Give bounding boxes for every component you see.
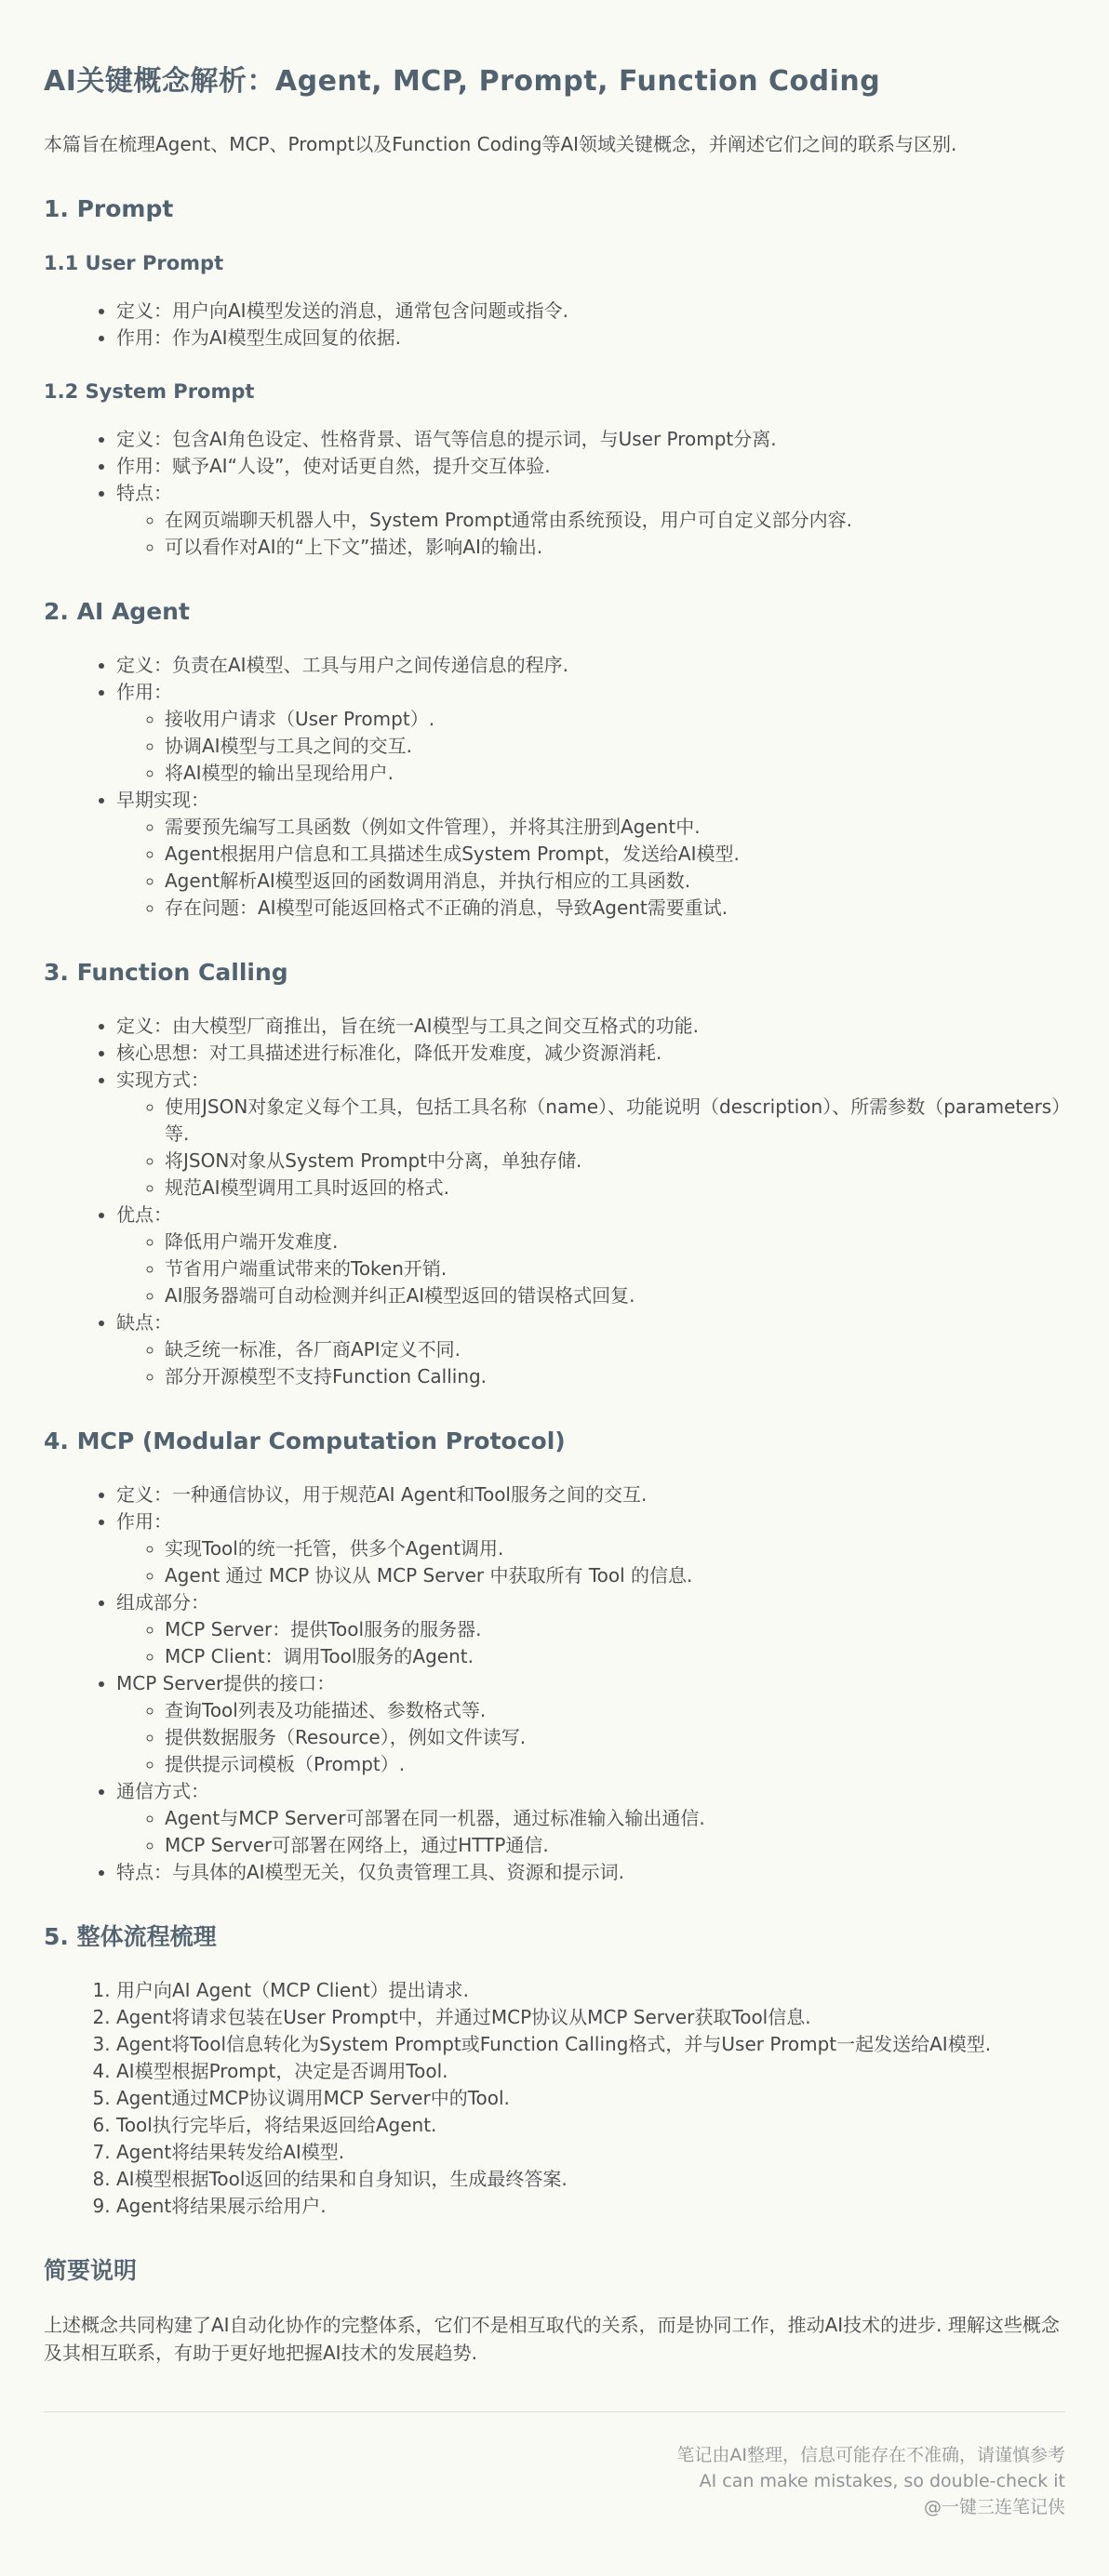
- nested-list: 实现Tool的统一托管，供多个Agent调用.Agent 通过 MCP 协议从 …: [116, 1535, 1065, 1589]
- list-item-text: Agent将结果转发给AI模型.: [116, 2141, 344, 2163]
- nested-list-item: 将JSON对象从System Prompt中分离，单独存储.: [165, 1148, 1065, 1175]
- nested-list-item: 使用JSON对象定义每个工具，包括工具名称（name）、功能说明（descrip…: [165, 1094, 1065, 1148]
- list-item-text: AI模型根据Tool返回的结果和自身知识，生成最终答案.: [116, 2168, 568, 2190]
- section-heading: 2. AI Agent: [44, 598, 1065, 626]
- list-item-text: Agent将请求包装在User Prompt中，并通过MCP协议从MCP Ser…: [116, 2006, 811, 2028]
- nested-list: 降低用户端开发难度.节省用户端重试带来的Token开销.AI服务器端可自动检测并…: [116, 1228, 1065, 1309]
- footer-line: 笔记由AI整理，信息可能存在不准确，请谨慎参考: [44, 2442, 1065, 2468]
- nested-list-item: 需要预先编写工具函数（例如文件管理），并将其注册到Agent中.: [165, 814, 1065, 841]
- list-item: 特点：与具体的AI模型无关，仅负责管理工具、资源和提示词.: [116, 1859, 1065, 1886]
- nested-list: 缺乏统一标准，各厂商API定义不同.部分开源模型不支持Function Call…: [116, 1336, 1065, 1390]
- bullet-list: 定义：负责在AI模型、工具与用户之间传递信息的程序.作用：接收用户请求（User…: [44, 652, 1065, 922]
- list-item-text: 特点：与具体的AI模型无关，仅负责管理工具、资源和提示词.: [116, 1861, 624, 1883]
- list-item: 组成部分：MCP Server：提供Tool服务的服务器.MCP Client：…: [116, 1589, 1065, 1670]
- nested-list-item: 查询Tool列表及功能描述、参数格式等.: [165, 1697, 1065, 1724]
- nested-list: MCP Server：提供Tool服务的服务器.MCP Client：调用Too…: [116, 1616, 1065, 1670]
- list-item: Tool执行完毕后，将结果返回给Agent.: [116, 2112, 1065, 2139]
- summary-paragraph: 上述概念共同构建了AI自动化协作的完整体系，它们不是相互取代的关系，而是协同工作…: [44, 2311, 1065, 2367]
- section-heading: 1. Prompt: [44, 195, 1065, 223]
- nested-list-item: 协调AI模型与工具之间的交互.: [165, 733, 1065, 760]
- list-item: 定义：包含AI角色设定、性格背景、语气等信息的提示词，与User Prompt分…: [116, 426, 1065, 453]
- list-item-text: 作用：: [116, 681, 172, 703]
- list-item: AI模型根据Prompt，决定是否调用Tool.: [116, 2058, 1065, 2085]
- note-page: AI关键概念解析：Agent, MCP, Prompt, Function Co…: [0, 0, 1109, 2576]
- list-item: AI模型根据Tool返回的结果和自身知识，生成最终答案.: [116, 2166, 1065, 2193]
- list-item: Agent将Tool信息转化为System Prompt或Function Ca…: [116, 2031, 1065, 2058]
- list-item-text: 通信方式：: [116, 1780, 209, 1802]
- list-item: 优点：降低用户端开发难度.节省用户端重试带来的Token开销.AI服务器端可自动…: [116, 1202, 1065, 1309]
- list-item-text: 作用：: [116, 1510, 172, 1533]
- nested-list-item: 可以看作对AI的“上下文”描述，影响AI的输出.: [165, 534, 1065, 561]
- nested-list-item: MCP Client：调用Tool服务的Agent.: [165, 1643, 1065, 1670]
- bullet-list: 定义：包含AI角色设定、性格背景、语气等信息的提示词，与User Prompt分…: [44, 426, 1065, 561]
- list-item-text: 定义：负责在AI模型、工具与用户之间传递信息的程序.: [116, 654, 568, 676]
- nested-list-item: 节省用户端重试带来的Token开销.: [165, 1255, 1065, 1282]
- list-item: 作用：接收用户请求（User Prompt）.协调AI模型与工具之间的交互.将A…: [116, 679, 1065, 787]
- list-item-text: 作用：赋予AI“人设”，使对话更自然，提升交互体验.: [116, 455, 551, 477]
- list-item-text: 组成部分：: [116, 1591, 209, 1613]
- list-item-text: 作用：作为AI模型生成回复的依据.: [116, 326, 401, 349]
- list-item: 缺点：缺乏统一标准，各厂商API定义不同.部分开源模型不支持Function C…: [116, 1309, 1065, 1390]
- list-item-text: 定义：用户向AI模型发送的消息，通常包含问题或指令.: [116, 299, 568, 322]
- nested-list: 需要预先编写工具函数（例如文件管理），并将其注册到Agent中.Agent根据用…: [116, 814, 1065, 922]
- nested-list-item: 接收用户请求（User Prompt）.: [165, 706, 1065, 733]
- list-item-text: 特点：: [116, 482, 172, 504]
- list-item-text: 优点：: [116, 1203, 172, 1226]
- nested-list-item: 实现Tool的统一托管，供多个Agent调用.: [165, 1535, 1065, 1562]
- section-heading: 1.1 User Prompt: [44, 251, 1065, 275]
- divider: [44, 2411, 1065, 2412]
- nested-list-item: 提供提示词模板（Prompt）.: [165, 1751, 1065, 1778]
- nested-list: 查询Tool列表及功能描述、参数格式等.提供数据服务（Resource），例如文…: [116, 1697, 1065, 1778]
- list-item: 作用：作为AI模型生成回复的依据.: [116, 325, 1065, 352]
- list-item: 定义：负责在AI模型、工具与用户之间传递信息的程序.: [116, 652, 1065, 679]
- intro-paragraph: 本篇旨在梳理Agent、MCP、Prompt以及Function Coding等…: [44, 130, 1065, 158]
- document-body: 1. Prompt1.1 User Prompt定义：用户向AI模型发送的消息，…: [44, 195, 1065, 2367]
- list-item-text: 缺点：: [116, 1311, 172, 1334]
- list-item: Agent将结果展示给用户.: [116, 2193, 1065, 2220]
- nested-list-item: 将AI模型的输出呈现给用户.: [165, 760, 1065, 787]
- nested-list-item: AI服务器端可自动检测并纠正AI模型返回的错误格式回复.: [165, 1282, 1065, 1309]
- list-item-text: Tool执行完毕后，将结果返回给Agent.: [116, 2114, 436, 2136]
- nested-list-item: 在网页端聊天机器人中，System Prompt通常由系统预设，用户可自定义部分…: [165, 507, 1065, 534]
- footer: 笔记由AI整理，信息可能存在不准确，请谨慎参考AI can make mista…: [44, 2442, 1065, 2520]
- numbered-list: 用户向AI Agent（MCP Client）提出请求.Agent将请求包装在U…: [44, 1977, 1065, 2220]
- list-item-text: 定义：由大模型厂商推出，旨在统一AI模型与工具之间交互格式的功能.: [116, 1015, 699, 1037]
- list-item-text: AI模型根据Prompt，决定是否调用Tool.: [116, 2060, 448, 2082]
- list-item: 定义：由大模型厂商推出，旨在统一AI模型与工具之间交互格式的功能.: [116, 1013, 1065, 1040]
- list-item: 早期实现：需要预先编写工具函数（例如文件管理），并将其注册到Agent中.Age…: [116, 787, 1065, 922]
- page-title: AI关键概念解析：Agent, MCP, Prompt, Function Co…: [44, 65, 1065, 99]
- nested-list-item: MCP Server：提供Tool服务的服务器.: [165, 1616, 1065, 1643]
- section-heading: 4. MCP (Modular Computation Protocol): [44, 1427, 1065, 1455]
- list-item-text: 用户向AI Agent（MCP Client）提出请求.: [116, 1979, 469, 2001]
- list-item-text: Agent通过MCP协议调用MCP Server中的Tool.: [116, 2087, 510, 2109]
- list-item: 通信方式：Agent与MCP Server可部署在同一机器，通过标准输入输出通信…: [116, 1778, 1065, 1859]
- nested-list: 接收用户请求（User Prompt）.协调AI模型与工具之间的交互.将AI模型…: [116, 706, 1065, 787]
- nested-list: Agent与MCP Server可部署在同一机器，通过标准输入输出通信.MCP …: [116, 1805, 1065, 1859]
- list-item: Agent将请求包装在User Prompt中，并通过MCP协议从MCP Ser…: [116, 2004, 1065, 2031]
- section-heading: 3. Function Calling: [44, 959, 1065, 987]
- list-item: 作用：赋予AI“人设”，使对话更自然，提升交互体验.: [116, 453, 1065, 480]
- section-heading: 简要说明: [44, 2257, 1065, 2285]
- list-item: 核心思想：对工具描述进行标准化，降低开发难度，减少资源消耗.: [116, 1040, 1065, 1067]
- bullet-list: 定义：由大模型厂商推出，旨在统一AI模型与工具之间交互格式的功能.核心思想：对工…: [44, 1013, 1065, 1390]
- footer-line: @一键三连笔记侠: [44, 2494, 1065, 2520]
- nested-list-item: Agent解析AI模型返回的函数调用消息，并执行相应的工具函数.: [165, 868, 1065, 895]
- nested-list: 在网页端聊天机器人中，System Prompt通常由系统预设，用户可自定义部分…: [116, 507, 1065, 561]
- section-heading: 5. 整体流程梳理: [44, 1923, 1065, 1951]
- bullet-list: 定义：一种通信协议，用于规范AI Agent和Tool服务之间的交互.作用：实现…: [44, 1481, 1065, 1886]
- list-item: Agent将结果转发给AI模型.: [116, 2139, 1065, 2166]
- nested-list-item: Agent根据用户信息和工具描述生成System Prompt，发送给AI模型.: [165, 841, 1065, 868]
- list-item-text: 核心思想：对工具描述进行标准化，降低开发难度，减少资源消耗.: [116, 1042, 661, 1064]
- list-item-text: Agent将Tool信息转化为System Prompt或Function Ca…: [116, 2033, 991, 2055]
- list-item: 实现方式：使用JSON对象定义每个工具，包括工具名称（name）、功能说明（de…: [116, 1067, 1065, 1202]
- list-item-text: 定义：包含AI角色设定、性格背景、语气等信息的提示词，与User Prompt分…: [116, 428, 777, 450]
- list-item-text: 定义：一种通信协议，用于规范AI Agent和Tool服务之间的交互.: [116, 1483, 647, 1506]
- nested-list-item: MCP Server可部署在网络上，通过HTTP通信.: [165, 1832, 1065, 1859]
- nested-list-item: 存在问题：AI模型可能返回格式不正确的消息，导致Agent需要重试.: [165, 895, 1065, 922]
- nested-list: 使用JSON对象定义每个工具，包括工具名称（name）、功能说明（descrip…: [116, 1094, 1065, 1202]
- nested-list-item: 降低用户端开发难度.: [165, 1228, 1065, 1255]
- section-heading: 1.2 System Prompt: [44, 379, 1065, 404]
- nested-list-item: 规范AI模型调用工具时返回的格式.: [165, 1175, 1065, 1202]
- nested-list-item: Agent与MCP Server可部署在同一机器，通过标准输入输出通信.: [165, 1805, 1065, 1832]
- nested-list-item: 部分开源模型不支持Function Calling.: [165, 1363, 1065, 1390]
- list-item: MCP Server提供的接口：查询Tool列表及功能描述、参数格式等.提供数据…: [116, 1670, 1065, 1778]
- list-item: 用户向AI Agent（MCP Client）提出请求.: [116, 1977, 1065, 2004]
- list-item-text: MCP Server提供的接口：: [116, 1672, 335, 1694]
- list-item: 作用：实现Tool的统一托管，供多个Agent调用.Agent 通过 MCP 协…: [116, 1508, 1065, 1589]
- list-item-text: 实现方式：: [116, 1069, 209, 1091]
- list-item: Agent通过MCP协议调用MCP Server中的Tool.: [116, 2085, 1065, 2112]
- list-item-text: Agent将结果展示给用户.: [116, 2195, 327, 2217]
- nested-list-item: 缺乏统一标准，各厂商API定义不同.: [165, 1336, 1065, 1363]
- list-item: 特点：在网页端聊天机器人中，System Prompt通常由系统预设，用户可自定…: [116, 480, 1065, 561]
- footer-line: AI can make mistakes, so double-check it: [44, 2468, 1065, 2494]
- list-item: 定义：用户向AI模型发送的消息，通常包含问题或指令.: [116, 298, 1065, 325]
- bullet-list: 定义：用户向AI模型发送的消息，通常包含问题或指令.作用：作为AI模型生成回复的…: [44, 298, 1065, 352]
- list-item-text: 早期实现：: [116, 789, 209, 811]
- nested-list-item: Agent 通过 MCP 协议从 MCP Server 中获取所有 Tool 的…: [165, 1562, 1065, 1589]
- list-item: 定义：一种通信协议，用于规范AI Agent和Tool服务之间的交互.: [116, 1481, 1065, 1508]
- nested-list-item: 提供数据服务（Resource），例如文件读写.: [165, 1724, 1065, 1751]
